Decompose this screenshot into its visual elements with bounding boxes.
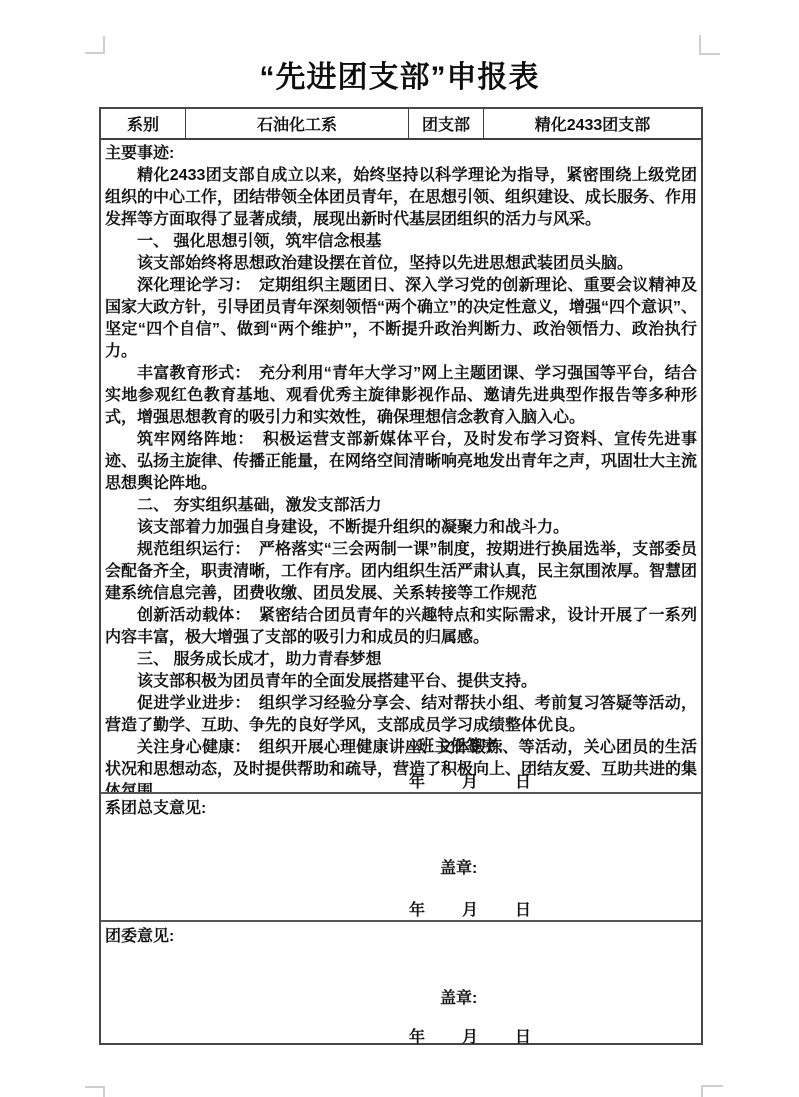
branch-value-cell: 精化2433团支部 — [484, 109, 701, 138]
deeds-paragraph: 关注身心健康： 组织开展心理健康讲座、文体锻炼、等活动，关心团员的生活状况和思想… — [105, 737, 697, 794]
branch-label-cell: 团支部 — [409, 109, 484, 138]
teacher-signature-label: 班主任签字: — [418, 736, 503, 758]
dept-label-cell: 系别 — [101, 109, 186, 138]
deeds-paragraph: 精化2433团支部自成立以来，始终坚持以科学理论为指导，紧密围绕上级党团组织的中… — [105, 165, 697, 231]
deeds-section-label: 主要事迹: — [105, 143, 697, 165]
date-year-label: 年 — [409, 772, 425, 794]
deeds-paragraph: 该支部始终将思想政治建设摆在首位，坚持以先进思想武装团员头脑。 — [105, 253, 697, 275]
deeds-paragraph: 创新活动载体： 紧密结合团员青年的兴趣特点和实际需求，设计开展了一系列内容丰富，… — [105, 605, 697, 649]
date-year-label: 年 — [409, 1027, 425, 1049]
deeds-paragraph: 一、 强化思想引领，筑牢信念根基 — [105, 231, 697, 253]
league-committee-opinion-label: 团委意见: — [105, 926, 697, 948]
league-committee-seal-label: 盖章: — [440, 988, 477, 1010]
date-month-label: 月 — [462, 1027, 478, 1049]
date-day-label: 日 — [515, 772, 531, 794]
deeds-paragraph: 该支部积极为团员青年的全面发展搭建平台、提供支持。 — [105, 671, 697, 693]
deeds-paragraph: 促进学业进步： 组织学习经验分享会、结对帮扶小组、考前复习答疑等活动，营造了勤学… — [105, 693, 697, 737]
date-month-label: 月 — [462, 900, 478, 922]
deeds-paragraph: 二、 夯实组织基础，激发支部活力 — [105, 495, 697, 517]
deeds-paragraph: 三、 服务成长成才，助力青春梦想 — [105, 649, 697, 671]
application-form-page: { "title": "“先进团支部”申报表", "info_row": { "… — [0, 0, 799, 1097]
deeds-paragraph: 规范组织运行： 严格落实“三会两制一课”制度，按期进行换届选举，支部委员会配备齐… — [105, 539, 697, 605]
dept-league-opinion-label: 系团总支意见: — [105, 798, 697, 820]
date-month-label: 月 — [462, 772, 478, 794]
dept-league-opinion-section: 系团总支意见: 盖章: 年 月 日 — [101, 794, 701, 922]
deeds-paragraph: 深化理论学习： 定期组织主题团日、深入学习党的创新理论、重要会议精神及国家大政方… — [105, 275, 697, 363]
league-committee-date-line: 年 月 日 — [409, 1027, 531, 1049]
dept-league-date-line: 年 月 日 — [409, 900, 531, 922]
teacher-signature-date-line: 年 月 日 — [409, 772, 531, 794]
corner-mark-bottom-right — [701, 1085, 723, 1097]
date-day-label: 日 — [515, 900, 531, 922]
page-title: “先进团支部”申报表 — [0, 52, 799, 96]
dept-value-cell: 石油化工系 — [186, 109, 409, 138]
application-form-table: 系别 石油化工系 团支部 精化2433团支部 主要事迹: 精化2433团支部自成… — [99, 107, 703, 1045]
corner-mark-bottom-left — [85, 1086, 105, 1097]
deeds-paragraph: 该支部着力加强自身建设，不断提升组织的凝聚力和战斗力。 — [105, 517, 697, 539]
date-day-label: 日 — [515, 1027, 531, 1049]
main-deeds-section: 主要事迹: 精化2433团支部自成立以来，始终坚持以科学理论为指导，紧密围绕上级… — [101, 140, 701, 794]
deeds-paragraph: 丰富教育形式： 充分利用“青年大学习”网上主题团课、学习强国等平台，结合实地参观… — [105, 363, 697, 429]
info-header-row: 系别 石油化工系 团支部 精化2433团支部 — [101, 109, 701, 140]
league-committee-opinion-section: 团委意见: 盖章: 年 月 日 — [101, 922, 701, 1043]
dept-league-seal-label: 盖章: — [440, 858, 477, 880]
date-year-label: 年 — [409, 900, 425, 922]
deeds-paragraphs: 精化2433团支部自成立以来，始终坚持以科学理论为指导，紧密围绕上级党团组织的中… — [105, 165, 697, 794]
deeds-paragraph: 筑牢网络阵地： 积极运营支部新媒体平台，及时发布学习资料、宣传先进事迹、弘扬主旋… — [105, 429, 697, 495]
